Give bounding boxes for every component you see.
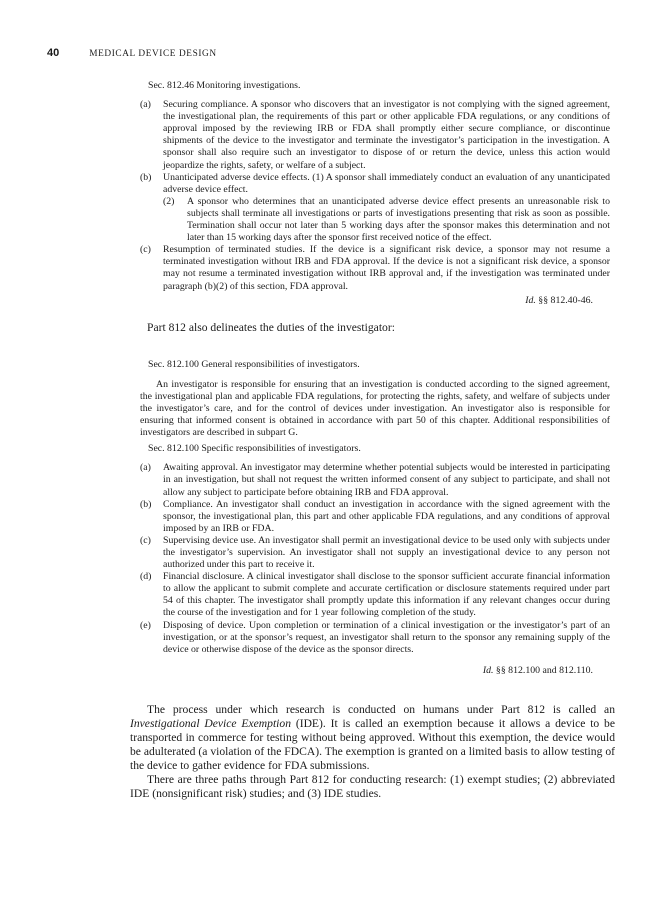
ide-paragraph-pre: The process under which research is cond… (147, 703, 615, 716)
section-heading-812-100-general: Sec. 812.100 General responsibilities of… (140, 359, 610, 371)
statute-excerpt-812-46: Sec. 812.46 Monitoring investigations. (… (140, 80, 610, 307)
item-marker: (c) (140, 535, 151, 547)
item-text: Compliance. An investigator shall conduc… (163, 499, 610, 534)
item-marker: (d) (140, 571, 151, 583)
item-text: Unanticipated adverse device effects. (1… (163, 172, 610, 195)
citation-id: Id. (483, 665, 494, 676)
citation-id: Id. (525, 295, 536, 306)
list-item-c: (c) Resumption of terminated studies. If… (140, 244, 610, 292)
item-text: Financial disclosure. A clinical investi… (163, 571, 610, 618)
page-number: 40 (47, 47, 59, 59)
item-marker: (c) (140, 244, 151, 256)
list-item-c: (c) Supervising device use. An investiga… (140, 535, 610, 571)
section-heading-812-46: Sec. 812.46 Monitoring investigations. (140, 80, 610, 92)
list-item-e: (e) Disposing of device. Upon completion… (140, 620, 610, 656)
ide-term-italic: Investigational Device Exemption (130, 717, 291, 730)
book-page: 40MEDICAL DEVICE DESIGN Sec. 812.46 Moni… (0, 0, 670, 900)
statute-excerpt-812-100: Sec. 812.100 General responsibilities of… (140, 359, 610, 677)
list-subitem-2: (2) A sponsor who determines that an una… (163, 196, 610, 244)
item-marker: (a) (140, 462, 151, 474)
item-marker: (2) (163, 196, 174, 208)
citation-812-40-46: Id. §§ 812.40-46. (140, 295, 610, 307)
running-head-title: MEDICAL DEVICE DESIGN (89, 49, 216, 59)
item-marker: (b) (140, 172, 151, 184)
list-item-d: (d) Financial disclosure. A clinical inv… (140, 571, 610, 619)
item-text: Resumption of terminated studies. If the… (163, 244, 610, 291)
list-item-b: (b) Unanticipated adverse device effects… (140, 172, 610, 196)
body-intro-paragraph: Part 812 also delineates the duties of t… (130, 321, 615, 335)
ide-paragraph: The process under which research is cond… (130, 703, 615, 773)
item-text: Awaiting approval. An investigator may d… (163, 462, 610, 497)
statute-list: (a) Securing compliance. A sponsor who d… (140, 99, 610, 293)
closing-paragraphs: The process under which research is cond… (130, 703, 615, 801)
item-marker: (b) (140, 499, 151, 511)
item-marker: (e) (140, 620, 151, 632)
section-heading-812-100-specific: Sec. 812.100 Specific responsibilities o… (140, 443, 610, 455)
running-head: 40MEDICAL DEVICE DESIGN (47, 46, 670, 58)
item-text: Supervising device use. An investigator … (163, 535, 610, 570)
statute-list: (a) Awaiting approval. An investigator m… (140, 462, 610, 656)
list-item-b: (b) Compliance. An investigator shall co… (140, 499, 610, 535)
item-marker: (a) (140, 99, 151, 111)
three-paths-paragraph: There are three paths through Part 812 f… (130, 773, 615, 801)
item-text: A sponsor who determines that an unantic… (187, 196, 610, 243)
item-text: Disposing of device. Upon completion or … (163, 620, 610, 655)
item-text: Securing compliance. A sponsor who disco… (163, 99, 610, 170)
citation-812-100-110: Id. §§ 812.100 and 812.110. (140, 665, 610, 677)
list-item-a: (a) Awaiting approval. An investigator m… (140, 462, 610, 498)
list-item-a: (a) Securing compliance. A sponsor who d… (140, 99, 610, 172)
citation-sections: §§ 812.40-46. (536, 295, 593, 306)
citation-sections: §§ 812.100 and 812.110. (493, 665, 593, 676)
general-responsibilities-paragraph: An investigator is responsible for ensur… (140, 379, 610, 439)
